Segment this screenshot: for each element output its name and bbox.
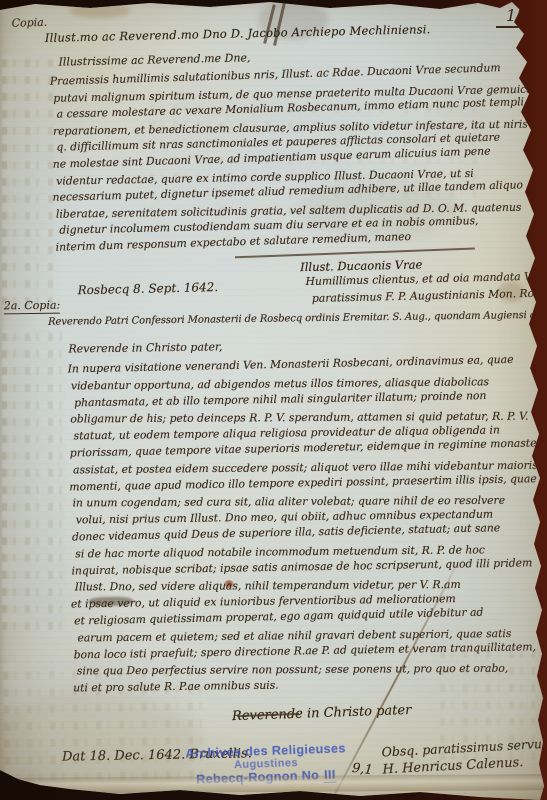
salutation-2: Reverende in Christo pater, [68,340,222,355]
body-text: Praemissis humillimis salutationibus nri… [53,63,545,257]
signature-line: paratissimus F. P. Augustinianis Mon. Ro… [312,285,547,305]
signature-block-2: Obsq. paratissimus servus, H. Henricus C… [381,736,547,778]
closing-formula: Illust. Ducaonis Vrae [300,257,422,274]
stamp-number: III [323,768,337,783]
copy-label: Copia. [11,16,47,30]
signature-block: Humillimus clientus, et ad oia mandata V… [305,268,547,305]
bleedthrough-left-top [2,55,54,305]
body-text-2: In nupera visitatione venerandi Ven. Mon… [71,355,547,697]
copy-label-2: 2a. Copia: [4,299,61,315]
salutation: Illustrissime ac Reverend.me Dne, [58,51,250,68]
paper-sheet: 15. Copia. Illust.mo ac Reverend.mo Dno … [0,0,547,800]
letter-1: Copia. Illust.mo ac Reverend.mo Dno D. J… [0,0,546,1]
address-line-2: Reverendo Patri Confessori Monasterii de… [48,309,547,327]
address-line: Illust.mo ac Reverend.mo Dno D. Jacobo A… [45,22,431,45]
dateline: Rosbecq 8. Sept. 1642. [78,280,219,297]
valediction: Reverende in Christo pater [232,703,412,724]
folio-number-wrap: 15. [496,6,537,25]
stain [70,4,130,18]
bleedthrough-left-mid [2,330,66,630]
manuscript-photo: 15. Copia. Illust.mo ac Reverend.mo Dno … [0,0,547,800]
archive-stamp: Archives des Religieuses Augustines Rebe… [155,740,376,788]
handwritten-shelfmark: 9,1 [351,761,373,778]
folio-number: 15. [496,6,537,28]
